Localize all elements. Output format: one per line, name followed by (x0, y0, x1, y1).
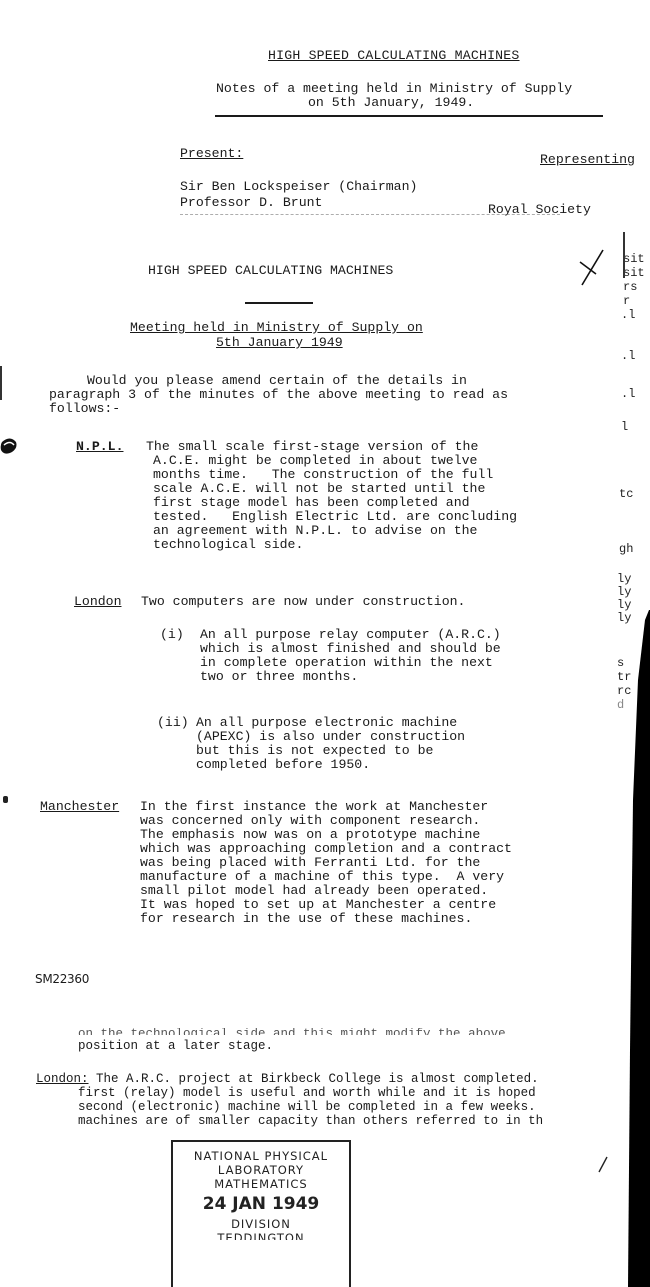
section-text: The small scale first-stage version of t… (146, 440, 478, 454)
amendment-title: HIGH SPEED CALCULATING MACHINES (148, 264, 393, 277)
meeting-line2: 5th January 1949 (216, 336, 343, 349)
underlying-text-line: The A.R.C. project at Birkbeck College i… (96, 1073, 539, 1086)
cover-subtitle-line2: on 5th January, 1949. (308, 96, 474, 109)
item-marker: (i) (160, 628, 184, 642)
stamp-line: LABORATORY (173, 1163, 349, 1177)
section-text: scale A.C.E. will not be started until t… (153, 482, 485, 496)
cover-subtitle-rule (215, 115, 603, 117)
item-text: An all purpose electronic machine (196, 716, 457, 730)
item-text: completed before 1950. (196, 758, 370, 772)
item-text: An all purpose relay computer (A.R.C.) (200, 628, 501, 642)
stamp-date: 24 JAN 1949 (173, 1193, 349, 1215)
title-rule (245, 302, 313, 304)
cover-subtitle-line1: Notes of a meeting held in Ministry of S… (216, 82, 572, 95)
section-text: In the first instance the work at Manche… (140, 800, 488, 814)
section-text: which was approaching completion and a c… (140, 842, 512, 856)
intro-line: Would you please amend certain of the de… (87, 374, 467, 388)
section-text: for research in the use of these machine… (140, 912, 472, 926)
section-text: was concerned only with component resear… (140, 814, 480, 828)
cut-off-line (180, 214, 560, 218)
npl-received-stamp: NATIONAL PHYSICAL LABORATORY MATHEMATICS… (171, 1140, 351, 1287)
intro-line: paragraph 3 of the minutes of the above … (49, 388, 508, 402)
underlying-text-line: second (electronic) machine will be comp… (78, 1101, 536, 1114)
section-label-manchester: Manchester (40, 800, 119, 814)
section-text: The emphasis now was on a prototype mach… (140, 828, 480, 842)
stamp-line: MATHEMATICS (173, 1177, 349, 1191)
underlying-label-london: London: (36, 1073, 89, 1086)
stamp-line: NATIONAL PHYSICAL (173, 1149, 349, 1163)
item-text: (APEXC) is also under construction (196, 730, 465, 744)
section-text: technological side. (153, 538, 303, 552)
underlying-text-line: first (relay) model is useful and worth … (78, 1087, 536, 1100)
hole-punch-mark (0, 436, 18, 458)
section-text: A.C.E. might be completed in about twelv… (153, 454, 477, 468)
underlying-text-line: position at a later stage. (78, 1040, 273, 1053)
pencil-slash-mark (596, 1155, 610, 1175)
item-text: which is almost finished and should be (200, 642, 501, 656)
section-text: It was hoped to set up at Manchester a c… (140, 898, 496, 912)
scan-black-edge (620, 0, 650, 1287)
stamp-line: TEDDINGTON (173, 1231, 349, 1240)
margin-bracket-line (623, 232, 625, 278)
section-text: first stage model has been completed and (153, 496, 470, 510)
section-text: an agreement with N.P.L. to advise on th… (153, 524, 477, 538)
section-label-london: London (74, 595, 121, 609)
binding-mark (0, 366, 2, 400)
attendee-name: Professor D. Brunt (180, 196, 322, 209)
item-text: in complete operation within the next (200, 656, 493, 670)
partial-cut-line: on the technological side and this might… (78, 1028, 536, 1035)
section-text: was being placed with Ferranti Ltd. for … (140, 856, 480, 870)
underlying-text-line: machines are of smaller capacity than ot… (78, 1115, 543, 1128)
attendee-name: Sir Ben Lockspeiser (Chairman) (180, 180, 417, 193)
speck-mark (3, 796, 8, 803)
stamp-line: DIVISION (173, 1217, 349, 1231)
cross-mark-icon (578, 248, 606, 288)
intro-line: follows:- (49, 402, 120, 416)
meeting-line1: Meeting held in Ministry of Supply on (130, 321, 423, 334)
reference-number: SM22360 (35, 973, 89, 986)
section-text: tested. English Electric Ltd. are conclu… (153, 510, 517, 524)
item-marker: (ii) (157, 716, 189, 730)
section-text: manufacture of a machine of this type. A… (140, 870, 504, 884)
cover-title: HIGH SPEED CALCULATING MACHINES (268, 49, 520, 62)
section-text: months time. The construction of the ful… (153, 468, 493, 482)
item-text: two or three months. (200, 670, 358, 684)
section-text: Two computers are now under construction… (141, 595, 465, 609)
item-text: but this is not expected to be (196, 744, 433, 758)
present-label: Present: (180, 147, 243, 160)
section-text: small pilot model had already been opera… (140, 884, 488, 898)
section-label-npl: N.P.L. (76, 440, 123, 454)
